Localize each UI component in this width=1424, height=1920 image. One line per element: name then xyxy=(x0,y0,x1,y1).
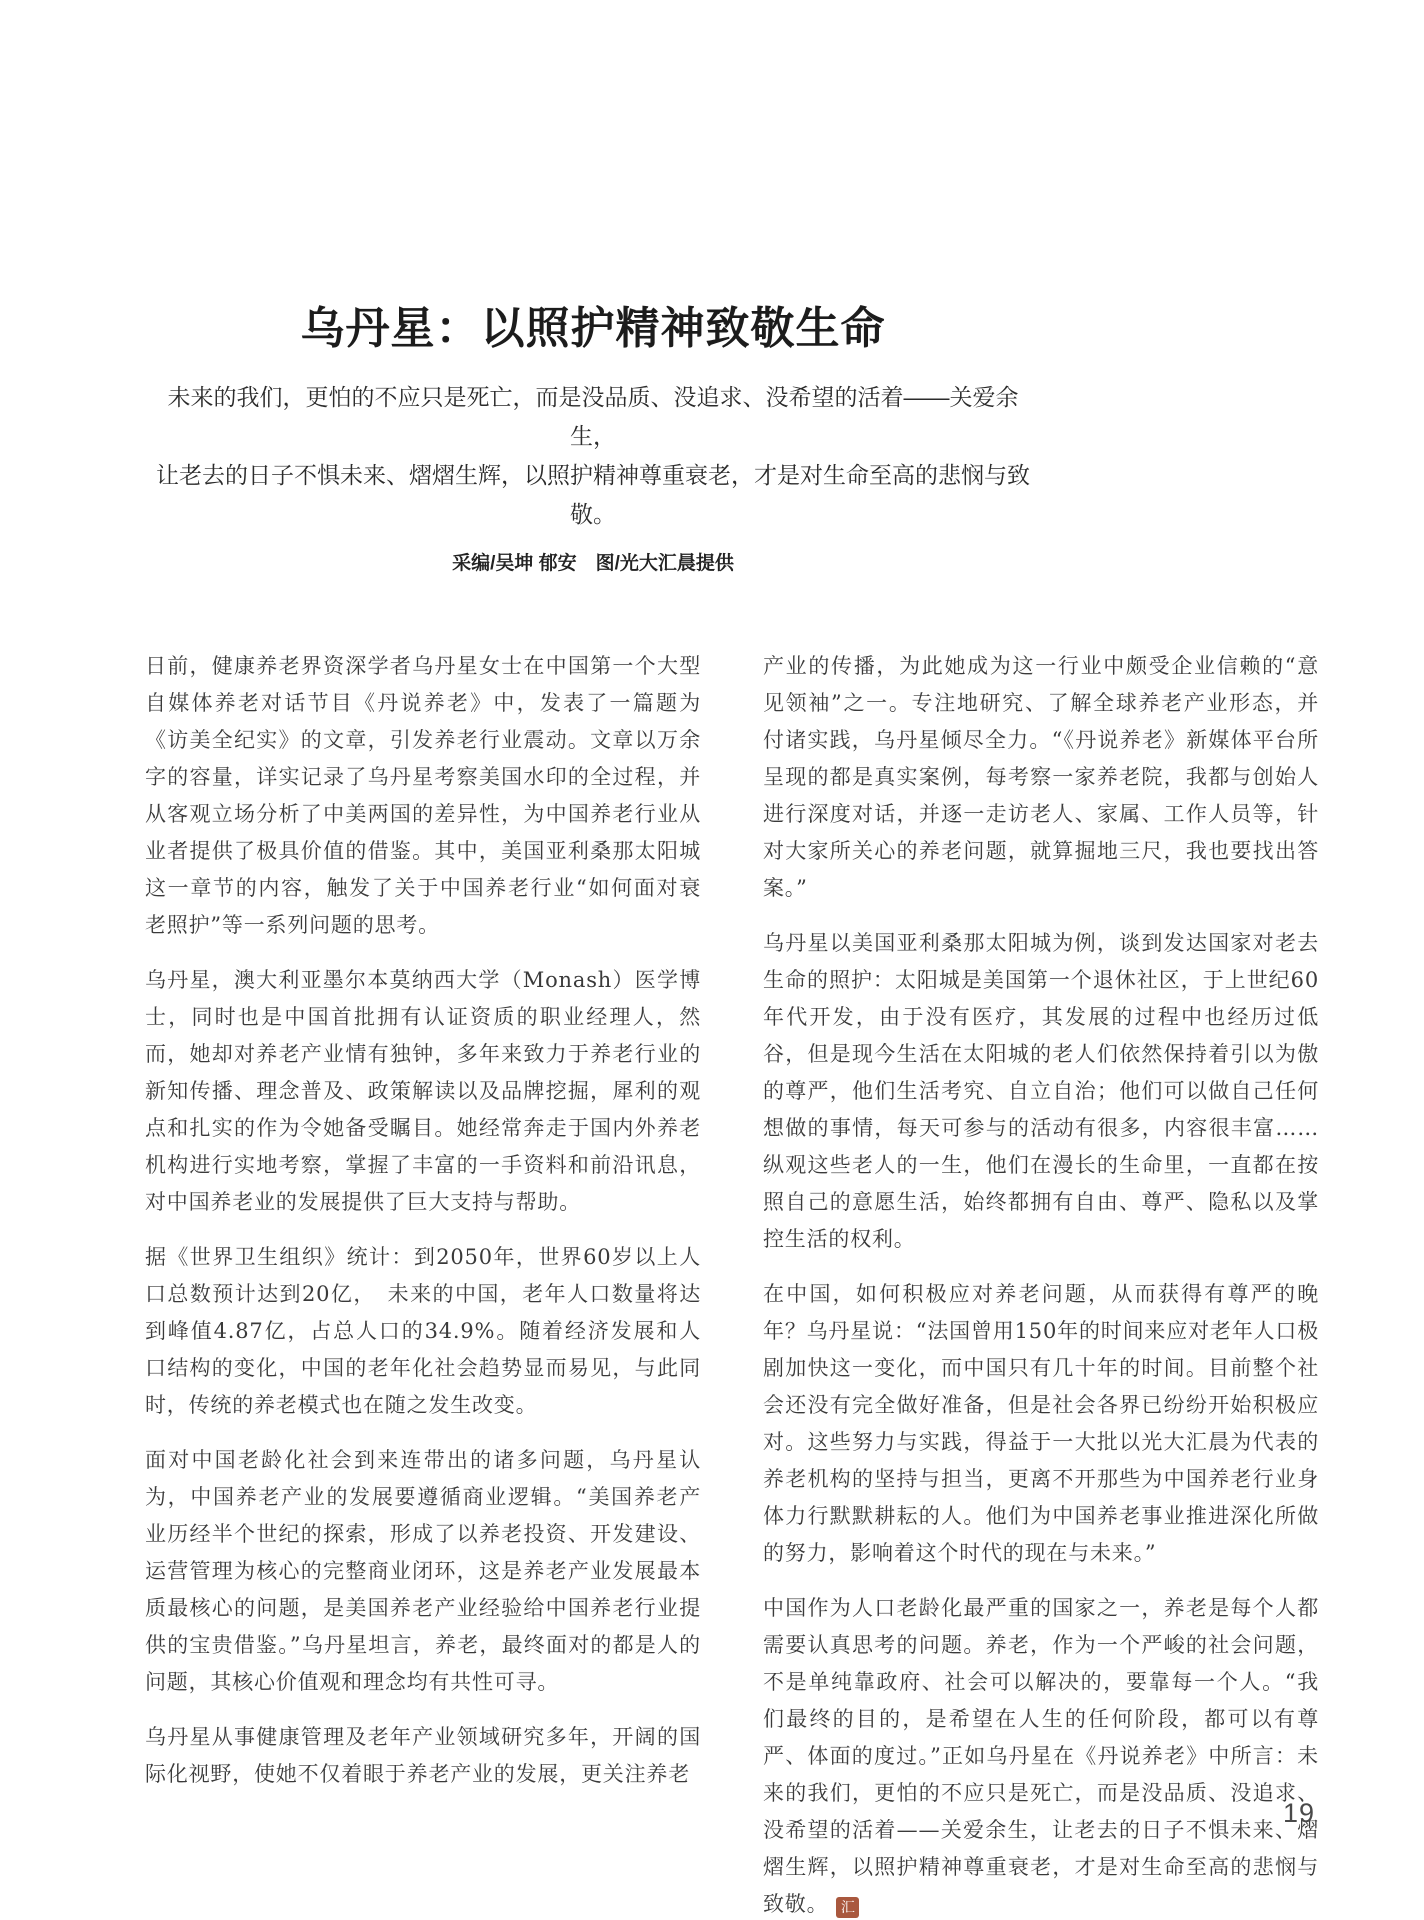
paragraph: 在中国，如何积极应对养老问题，从而获得有尊严的晚年？乌丹星说：“法国曾用150年… xyxy=(763,1276,1319,1572)
magazine-page: 乌丹星：以照护精神致敬生命 未来的我们，更怕的不应只是死亡，而是没品质、没追求、… xyxy=(0,0,1424,1920)
paragraph: 产业的传播，为此她成为这一行业中颇受企业信赖的“意见领袖”之一。专注地研究、了解… xyxy=(763,648,1319,907)
paragraph: 日前，健康养老界资深学者乌丹星女士在中国第一个大型自媒体养老对话节目《丹说养老》… xyxy=(145,648,701,944)
paragraph: 乌丹星，澳大利亚墨尔本莫纳西大学（Monash）医学博士，同时也是中国首批拥有认… xyxy=(145,962,701,1221)
paragraph: 中国作为人口老龄化最严重的国家之一，养老是每个人都需要认真思考的问题。养老，作为… xyxy=(763,1590,1319,1920)
right-column: 产业的传播，为此她成为这一行业中颇受企业信赖的“意见领袖”之一。专注地研究、了解… xyxy=(763,648,1319,1920)
page-title: 乌丹星：以照护精神致敬生命 xyxy=(145,292,1041,356)
page-number: 19 xyxy=(1283,1798,1315,1829)
article-subtitle: 未来的我们，更怕的不应只是死亡，而是没品质、没追求、没希望的活着——关爱余生， … xyxy=(145,378,1041,534)
article-end-mark-icon: 汇 xyxy=(836,1897,859,1918)
paragraph: 乌丹星从事健康管理及老年产业领域研究多年，开阔的国际化视野，使她不仅着眼于养老产… xyxy=(145,1719,701,1793)
subtitle-line-2: 让老去的日子不惧未来、熠熠生辉，以照护精神尊重衰老，才是对生命至高的悲悯与致敬。 xyxy=(156,462,1030,527)
paragraph-text: 中国作为人口老龄化最严重的国家之一，养老是每个人都需要认真思考的问题。养老，作为… xyxy=(763,1596,1319,1916)
article-header: 乌丹星：以照护精神致敬生命 未来的我们，更怕的不应只是死亡，而是没品质、没追求、… xyxy=(145,292,1041,575)
byline: 采编/吴坤 郁安 图/光大汇晨提供 xyxy=(145,548,1041,575)
paragraph: 据《世界卫生组织》统计：到2050年，世界60岁以上人口总数预计达到20亿， 未… xyxy=(145,1239,701,1424)
article-body: 日前，健康养老界资深学者乌丹星女士在中国第一个大型自媒体养老对话节目《丹说养老》… xyxy=(145,648,1319,1920)
subtitle-line-1: 未来的我们，更怕的不应只是死亡，而是没品质、没追求、没希望的活着——关爱余生， xyxy=(168,384,1019,449)
paragraph: 乌丹星以美国亚利桑那太阳城为例，谈到发达国家对老去生命的照护：太阳城是美国第一个… xyxy=(763,925,1319,1258)
left-column: 日前，健康养老界资深学者乌丹星女士在中国第一个大型自媒体养老对话节目《丹说养老》… xyxy=(145,648,701,1920)
paragraph: 面对中国老龄化社会到来连带出的诸多问题，乌丹星认为，中国养老产业的发展要遵循商业… xyxy=(145,1442,701,1701)
